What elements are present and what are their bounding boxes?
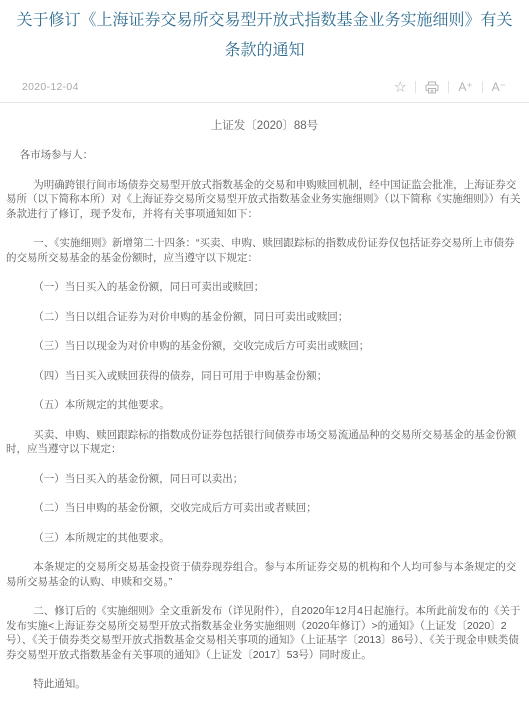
notice-list-item: （一）当日买入的基金份额，同日可以卖出；	[6, 472, 523, 487]
page-title: 关于修订《上海证券交易所交易型开放式指数基金业务实施细则》有关条款的通知	[10, 6, 519, 66]
font-increase-icon[interactable]: A⁺	[449, 80, 481, 94]
notice-paragraph: 一、《实施细则》新增第二十四条：“买卖、申购、赎回跟踪标的指数成份证券仅包括证券…	[6, 236, 523, 265]
notice-paragraph: 买卖、申购、赎回跟踪标的指数成份证券包括银行间债券市场交易流通品种的交易所交易基…	[6, 428, 523, 457]
notice-paragraph: 为明确跨银行间市场债券交易型开放式指数基金的交易和申购赎回机制，经中国证监会批准…	[6, 178, 523, 222]
toolbar: ☆ A⁺ A⁻	[385, 80, 515, 94]
header-divider	[0, 102, 529, 103]
salutation: 各市场参与人：	[6, 148, 523, 163]
notice-list-item: （三）当日以现金为对价申购的基金份额，交收完成后方可卖出或赎回；	[6, 339, 523, 354]
notice-paragraph: 本条规定的交易所交易基金投资于债券现券组合。参与本所证券交易的机构和个人均可参与…	[6, 560, 523, 589]
notice-list-item: （五）本所规定的其他要求。	[6, 398, 523, 413]
notice-list-item: （三）本所规定的其他要求。	[6, 531, 523, 546]
font-decrease-icon[interactable]: A⁻	[483, 80, 515, 94]
notice-page: 关于修订《上海证券交易所交易型开放式指数基金业务实施细则》有关条款的通知 202…	[0, 6, 529, 723]
doc-number: 上证发〔2020〕88号	[0, 117, 529, 133]
publish-date: 2020-12-04	[22, 81, 79, 93]
notice-content: 各市场参与人： 为明确跨银行间市场债券交易型开放式指数基金的交易和申购赎回机制，…	[0, 148, 529, 692]
notice-list-item: （一）当日买入的基金份额，同日可卖出或赎回；	[6, 280, 523, 295]
notice-paragraph: 二、修订后的《实施细则》全文重新发布（详见附件），自2020年12月4日起施行。…	[6, 604, 523, 662]
notice-closing: 特此通知。	[6, 677, 523, 692]
notice-list-item: （四）当日买入或赎回获得的债券，同日可用于申购基金份额；	[6, 369, 523, 384]
favorite-star-icon[interactable]: ☆	[385, 80, 415, 94]
printer-icon[interactable]	[416, 81, 448, 94]
notice-list-item: （二）当日以组合证券为对价申购的基金份额，同日可卖出或赎回；	[6, 310, 523, 325]
meta-row: 2020-12-04 ☆ A⁺ A⁻	[0, 66, 529, 102]
notice-list-item: （二）当日申购的基金份额，交收完成后方可卖出或者赎回；	[6, 501, 523, 516]
